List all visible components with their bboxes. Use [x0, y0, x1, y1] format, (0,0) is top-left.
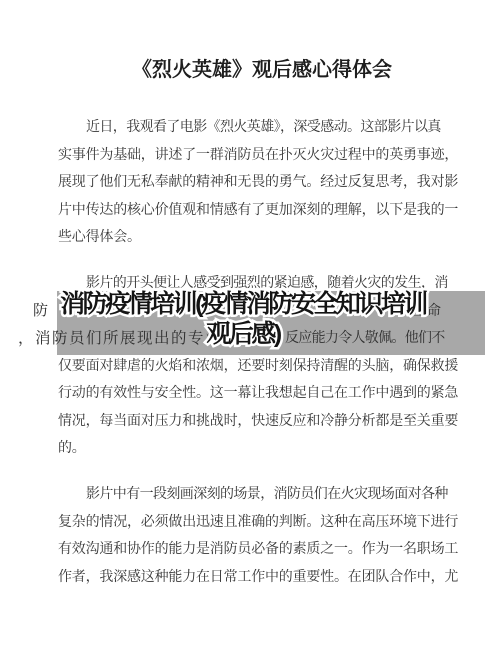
text-line: 情况，每当面对压力和挑战时，快速反应和冷静分析都是至关重要: [58, 408, 460, 436]
paragraph-1: 近日，我观看了电影《烈火英雄》，深受感动。这部影片以真 实事件为基础，讲述了一群…: [58, 114, 460, 252]
text-line: 复杂的情况，必须做出迅速且准确的判断。这种在高压环境下进行: [58, 509, 460, 537]
text-line: 的。: [58, 435, 460, 463]
paragraph-3: 影片中有一段刻画深刻的场景，消防员们在火灾现场面对各种 复杂的情况，必须做出迅速…: [58, 481, 460, 591]
text-line: 片中传达的核心价值观和情感有了更加深刻的理解，以下是我的一: [58, 197, 460, 225]
watermark-title-line-1: 消防疫情培训(疫情消防安全知识培训 消防疫情培训(疫情消防安全知识培训: [0, 289, 486, 319]
paragraph-2-rest: 仅要面对肆虐的火焰和浓烟，还要时刻保持清醒的头脑，确保救援 行动的有效性与安全性…: [58, 353, 460, 463]
watermark-text: 观后感): [206, 320, 279, 348]
document-title: 《烈火英雄》观后感心得体会: [12, 57, 500, 83]
text-line: 实事件为基础，讲述了一群消防员在扑灭火灾过程中的英勇事迹，: [58, 142, 460, 170]
text-line: 仅要面对肆虐的火焰和浓烟，还要时刻保持清醒的头脑，确保救援: [58, 353, 460, 381]
text-line: 作者，我深感这种能力在日常工作中的重要性。在团队合作中，尤: [58, 564, 460, 592]
text-line: 有效沟通和协作的能力是消防员必备的素质之一。作为一名职场工: [58, 536, 460, 564]
text-line: 展现了他们无私奉献的精神和无畏的勇气。经过反复思考，我对影: [58, 169, 460, 197]
watermark-title-line-2: 观后感) 观后感): [0, 319, 486, 349]
text-line: 影片中有一段刻画深刻的场景，消防员们在火灾现场面对各种: [58, 481, 460, 509]
text-line: 近日，我观看了电影《烈火英雄》，深受感动。这部影片以真: [58, 114, 460, 142]
text-line: 些心得体会。: [58, 224, 460, 252]
watermark-title: 消防疫情培训(疫情消防安全知识培训 消防疫情培训(疫情消防安全知识培训 观后感)…: [0, 289, 486, 349]
document-page: 《烈火英雄》观后感心得体会 近日，我观看了电影《烈火英雄》，深受感动。这部影片以…: [0, 0, 500, 647]
text-line: 行动的有效性与安全性。这一幕让我想起自己在工作中遇到的紧急: [58, 380, 460, 408]
watermark-text: 消防疫情培训(疫情消防安全知识培训: [60, 290, 426, 318]
